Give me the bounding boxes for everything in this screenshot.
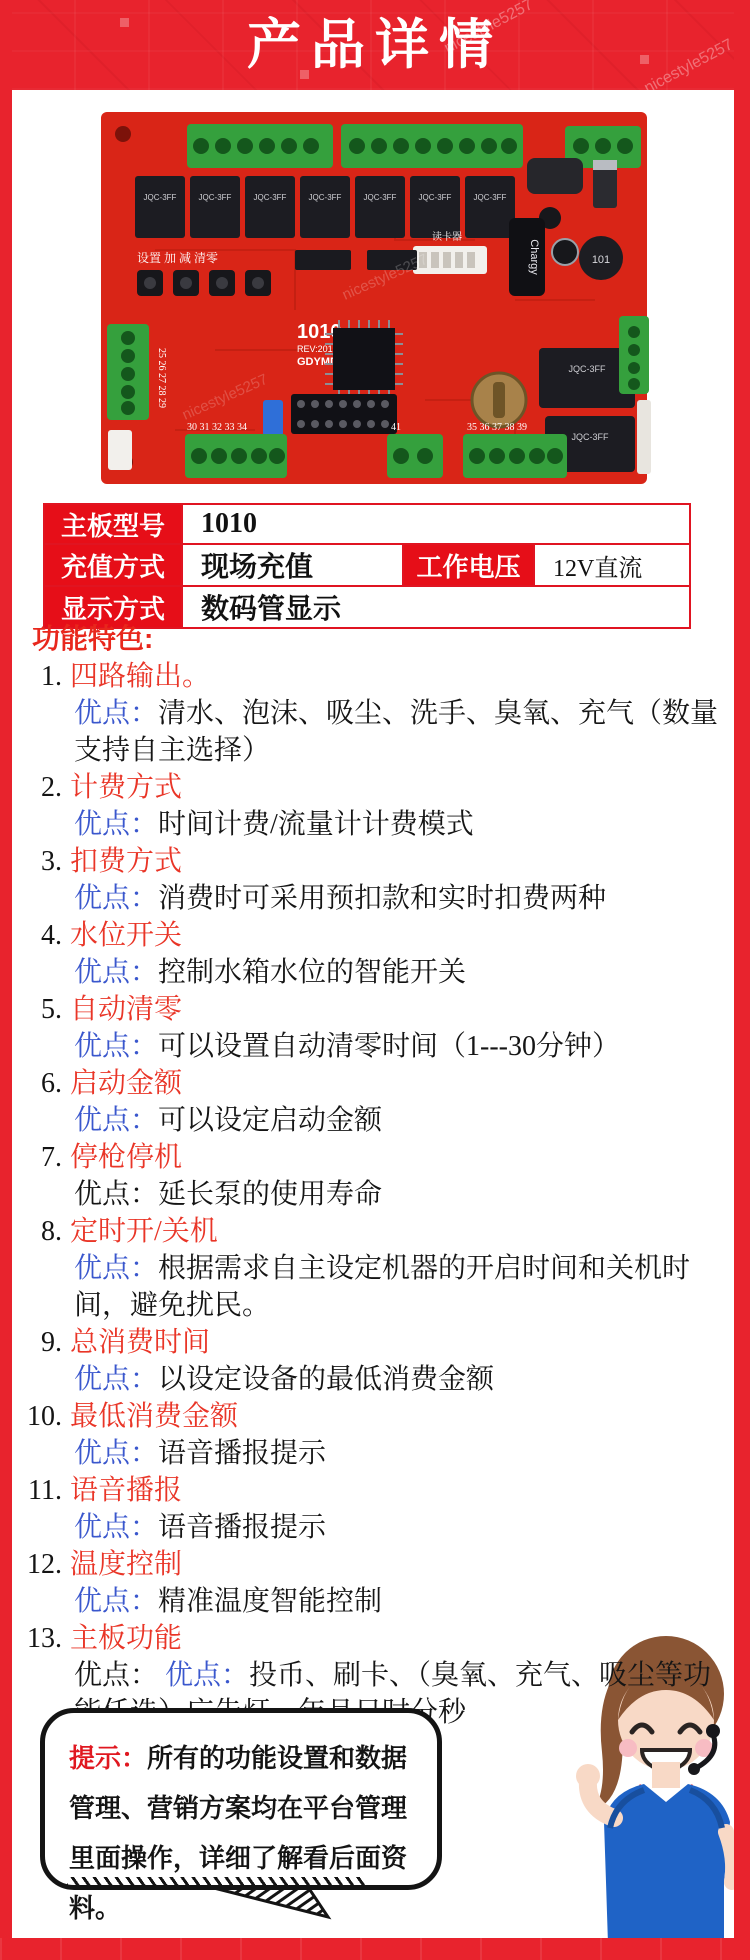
feature-section-title: 功能特色: xyxy=(14,620,736,658)
feature-advantage: 优点：以设定设备的最低消费金额 xyxy=(14,1361,736,1398)
feature-advantage: 优点：可以设置自动清零时间（1---30分钟） xyxy=(14,1028,736,1065)
feature-item: 4.水位开关优点：控制水箱水位的智能开关 xyxy=(14,917,736,991)
feature-title: 四路输出。 xyxy=(62,661,210,692)
feature-heading: 2.计费方式 xyxy=(14,769,736,806)
feature-heading: 13.主板功能 xyxy=(14,1620,736,1657)
relay-label: JQC-3FF xyxy=(199,193,232,202)
feature-heading: 5.自动清零 xyxy=(14,991,736,1028)
advantage-label: 优点： xyxy=(165,1660,249,1691)
feature-number: 13. xyxy=(14,1620,62,1657)
feature-number: 4. xyxy=(14,917,62,954)
feature-title: 定时开/关机 xyxy=(62,1216,218,1247)
page-footer xyxy=(0,1938,750,1960)
button-labels: 设置 加 减 清零 xyxy=(137,250,218,265)
advantage-text: 消费时可采用预扣款和实时扣费两种 xyxy=(158,883,606,914)
bottom-numbers-1: 30 31 32 33 34 xyxy=(187,422,247,433)
left-connector xyxy=(108,430,132,470)
hand xyxy=(576,1764,600,1788)
advantage-label: 优点： xyxy=(74,1105,158,1136)
feature-title: 总消费时间 xyxy=(62,1327,210,1358)
mcu-chip xyxy=(325,320,403,398)
feature-number: 10. xyxy=(14,1398,62,1435)
advantage-label: 优点： xyxy=(74,1586,158,1617)
spec-value: 1010 xyxy=(182,504,690,544)
feature-item: 6.启动金额优点：可以设定启动金额 xyxy=(14,1065,736,1139)
feature-title: 最低消费金额 xyxy=(62,1401,238,1432)
advantage-text: 可以设置自动清零时间（1---30分钟） xyxy=(158,1031,620,1062)
advantage-text: 语音播报提示 xyxy=(158,1438,326,1469)
relay-label: JQC-3FF xyxy=(364,193,397,202)
feature-item: 11.语音播报优点：语音播报提示 xyxy=(14,1472,736,1546)
feature-advantage: 优点：可以设定启动金额 xyxy=(14,1102,736,1139)
feature-item: 2.计费方式优点：时间计费/流量计计费模式 xyxy=(14,769,736,843)
advantage-text: 精准温度智能控制 xyxy=(158,1586,382,1617)
relay-label: JQC-3FF xyxy=(474,193,507,202)
spec-table: 主板型号 1010 充值方式 现场充值 工作电压 12V直流 显示方式 数码管显… xyxy=(43,503,691,629)
feature-item: 5.自动清零优点：可以设置自动清零时间（1---30分钟） xyxy=(14,991,736,1065)
feature-title: 停枪停机 xyxy=(62,1142,182,1173)
spec-label: 工作电压 xyxy=(403,544,534,586)
bottom-numbers-3: 35 36 37 38 39 xyxy=(467,422,527,433)
advantage-label: 优点： xyxy=(74,698,158,729)
feature-number: 11. xyxy=(14,1472,62,1509)
advantage-label: 优点： xyxy=(74,809,158,840)
feature-heading: 6.启动金额 xyxy=(14,1065,736,1102)
table-row: 充值方式 现场充值 工作电压 12V直流 xyxy=(44,544,690,586)
feature-number: 7. xyxy=(14,1139,62,1176)
feature-number: 8. xyxy=(14,1213,62,1250)
advantage-text: 延长泵的使用寿命 xyxy=(158,1179,382,1210)
neck xyxy=(652,1762,680,1788)
feature-number: 2. xyxy=(14,769,62,806)
feature-heading: 7.停枪停机 xyxy=(14,1139,736,1176)
advantage-label: 优点： xyxy=(74,1512,158,1543)
spec-value: 现场充值 xyxy=(182,544,403,586)
feature-advantage: 优点：时间计费/流量计计费模式 xyxy=(14,806,736,843)
pcb-board-svg: JQC-3FF JQC-3FF JQC-3FF JQC-3FF JQC-3FF … xyxy=(95,100,655,492)
spec-label: 主板型号 xyxy=(44,504,182,544)
pcb-board-image: JQC-3FF JQC-3FF JQC-3FF JQC-3FF JQC-3FF … xyxy=(95,100,655,492)
feature-number: 9. xyxy=(14,1324,62,1361)
advantage-text: 时间计费/流量计计费模式 xyxy=(158,809,474,840)
relay-label: JQC-3FF xyxy=(309,193,342,202)
feature-item: 1.四路输出。优点：清水、泡沫、吸尘、洗手、臭氧、充气（数量支持自主选择） xyxy=(14,658,736,769)
dip-socket xyxy=(291,394,397,434)
product-detail-page: nicestyle5257 nicestyle5257 产品详情 xyxy=(0,0,750,1960)
advantage-text: 根据需求自主设定机器的开启时间和关机时间，避免扰民。 xyxy=(74,1253,690,1321)
feature-item: 3.扣费方式优点：消费时可采用预扣款和实时扣费两种 xyxy=(14,843,736,917)
feature-advantage: 优点：控制水箱水位的智能开关 xyxy=(14,954,736,991)
tip-text: 提示：所有的功能设置和数据管理、营销方案均在平台管理里面操作，详细了解看后面资料… xyxy=(45,1713,437,1933)
advantage-label: 优点： xyxy=(74,1179,158,1210)
bottom-numbers-2: 41 xyxy=(391,422,401,433)
feature-heading: 1.四路输出。 xyxy=(14,658,736,695)
advantage-text: 控制水箱水位的智能开关 xyxy=(158,957,466,988)
feature-advantage: 优点：消费时可采用预扣款和实时扣费两种 xyxy=(14,880,736,917)
cheek xyxy=(619,1739,637,1757)
feature-item: 9.总消费时间优点：以设定设备的最低消费金额 xyxy=(14,1324,736,1398)
feature-title: 启动金额 xyxy=(62,1068,182,1099)
feature-heading: 3.扣费方式 xyxy=(14,843,736,880)
advantage-text: 可以设定启动金额 xyxy=(158,1105,382,1136)
relay-row: JQC-3FF JQC-3FF JQC-3FF JQC-3FF JQC-3FF … xyxy=(135,176,515,238)
blue-trimpot xyxy=(263,400,283,436)
advantage-label: 优点： xyxy=(74,1660,165,1691)
advantage-text: 清水、泡沫、吸尘、洗手、臭氧、充气（数量支持自主选择） xyxy=(74,698,718,766)
relay-label: JQC-3FF xyxy=(254,193,287,202)
circuit-pattern-decoration xyxy=(0,1938,750,1960)
feature-section: 功能特色: 1.四路输出。优点：清水、泡沫、吸尘、洗手、臭氧、充气（数量支持自主… xyxy=(14,620,736,1731)
feature-number: 1. xyxy=(14,658,62,695)
feature-heading: 12.温度控制 xyxy=(14,1546,736,1583)
coin-battery xyxy=(472,373,526,427)
feature-advantage: 优点：语音播报提示 xyxy=(14,1435,736,1472)
feature-number: 6. xyxy=(14,1065,62,1102)
advantage-label: 优点： xyxy=(74,1253,158,1284)
feature-item: 12.温度控制优点：精准温度智能控制 xyxy=(14,1546,736,1620)
feature-heading: 11.语音播报 xyxy=(14,1472,736,1509)
feature-heading: 4.水位开关 xyxy=(14,917,736,954)
feature-item: 7.停枪停机优点：延长泵的使用寿命 xyxy=(14,1139,736,1213)
page-header: nicestyle5257 nicestyle5257 产品详情 xyxy=(0,0,750,90)
feature-heading: 8.定时开/关机 xyxy=(14,1213,736,1250)
feature-title: 计费方式 xyxy=(62,772,182,803)
feature-number: 12. xyxy=(14,1546,62,1583)
page-title: 产品详情 xyxy=(0,8,750,82)
left-terminal-numbers: 25 26 27 28 29 xyxy=(156,348,167,408)
feature-advantage: 优点：精准温度智能控制 xyxy=(14,1583,736,1620)
battery-label: Chargy xyxy=(528,239,540,275)
relay-label: JQC-3FF xyxy=(419,193,452,202)
feature-advantage: 优点：清水、泡沫、吸尘、洗手、臭氧、充气（数量支持自主选择） xyxy=(14,695,736,769)
relay-label: JQC-3FF xyxy=(569,364,607,374)
advantage-label: 优点： xyxy=(74,883,158,914)
advantage-label: 优点： xyxy=(74,957,158,988)
relay-label: JQC-3FF xyxy=(144,193,177,202)
inductor-label: 101 xyxy=(592,254,610,266)
feature-title: 主板功能 xyxy=(62,1623,182,1654)
tip-label: 提示： xyxy=(69,1743,147,1773)
spec-label: 充值方式 xyxy=(44,544,182,586)
spec-value: 12V直流 xyxy=(534,544,690,586)
feature-item: 10.最低消费金额优点：语音播报提示 xyxy=(14,1398,736,1472)
advantage-label: 优点： xyxy=(74,1438,158,1469)
feature-title: 扣费方式 xyxy=(62,846,182,877)
left-border-strip xyxy=(0,0,12,1960)
feature-title: 水位开关 xyxy=(62,920,182,951)
card-reader-label: 读卡器 xyxy=(432,230,462,243)
feature-title: 自动清零 xyxy=(62,994,182,1025)
right-connector xyxy=(637,400,651,474)
advantage-label: 优点： xyxy=(74,1031,158,1062)
advantage-text: 语音播报提示 xyxy=(158,1512,326,1543)
advantage-text: 以设定设备的最低消费金额 xyxy=(158,1364,494,1395)
feature-number: 5. xyxy=(14,991,62,1028)
advantage-label: 优点： xyxy=(74,1364,158,1395)
table-row: 主板型号 1010 xyxy=(44,504,690,544)
feature-number: 3. xyxy=(14,843,62,880)
feature-title: 温度控制 xyxy=(62,1549,182,1580)
feature-advantage: 优点：语音播报提示 xyxy=(14,1509,736,1546)
feature-list: 1.四路输出。优点：清水、泡沫、吸尘、洗手、臭氧、充气（数量支持自主选择）2.计… xyxy=(14,658,736,1731)
feature-item: 8.定时开/关机优点：根据需求自主设定机器的开启时间和关机时间，避免扰民。 xyxy=(14,1213,736,1324)
feature-heading: 10.最低消费金额 xyxy=(14,1398,736,1435)
feature-advantage: 优点：根据需求自主设定机器的开启时间和关机时间，避免扰民。 xyxy=(14,1250,736,1324)
feature-title: 语音播报 xyxy=(62,1475,182,1506)
tip-speech-bubble: 提示：所有的功能设置和数据管理、营销方案均在平台管理里面操作，详细了解看后面资料… xyxy=(40,1708,442,1890)
arm xyxy=(726,1832,733,1882)
feature-heading: 9.总消费时间 xyxy=(14,1324,736,1361)
feature-advantage: 优点：延长泵的使用寿命 xyxy=(14,1176,736,1213)
relay-label: JQC-3FF xyxy=(572,432,610,442)
right-border-strip xyxy=(734,0,750,1960)
